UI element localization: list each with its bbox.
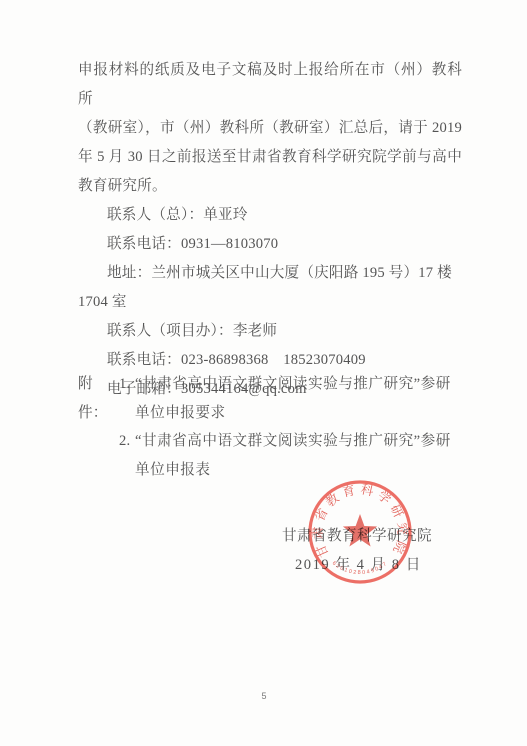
attachment-item: 1. “甘肃省高中语文群文阅读实验与推广研究”参研 单位申报要求 <box>119 370 451 427</box>
page-number: 5 <box>254 691 274 701</box>
attachment-item-line: 单位申报要求 <box>135 399 451 428</box>
attachment-item-number: 1. <box>119 370 135 399</box>
body-line: 教育研究所。 <box>78 172 462 201</box>
contact-line: 联系电话：0931—8103070 <box>78 230 462 259</box>
star-icon <box>343 514 377 547</box>
body-line: 年 5 月 30 日之前报送至甘肃省教育科学研究院学前与高中 <box>78 143 462 172</box>
attachment-label: 附件： <box>78 370 119 427</box>
body-line: （教研室），市（州）教科所（教研室）汇总后，请于 2019 <box>78 114 462 143</box>
contact-line: 联系人（总）：单亚玲 <box>78 201 462 230</box>
attachment-item-line: “甘肃省高中语文群文阅读实验与推广研究”参研 <box>135 370 451 399</box>
attachment-item-text: “甘肃省高中语文群文阅读实验与推广研究”参研 单位申报要求 <box>135 370 451 427</box>
letter-body: 申报材料的纸质及电子文稿及时上报给所在市（州）教科所 （教研室），市（州）教科所… <box>78 56 462 404</box>
attachment-item-number: 2. <box>119 427 135 456</box>
contact-line: 联系人（项目办）：李老师 <box>78 317 462 346</box>
document-page: 申报材料的纸质及电子文稿及时上报给所在市（州）教科所 （教研室），市（州）教科所… <box>0 0 527 746</box>
attachment-item-line: “甘肃省高中语文群文阅读实验与推广研究”参研 <box>135 427 451 456</box>
body-line: 申报材料的纸质及电子文稿及时上报给所在市（州）教科所 <box>78 56 462 114</box>
contact-line: 1704 室 <box>78 288 462 317</box>
official-seal-stamp: 甘肃省教育科学研究院 6201028049047 <box>290 462 430 602</box>
svg-text:6201028049047: 6201028049047 <box>331 560 389 576</box>
stamp-serial-number: 6201028049047 <box>331 560 389 576</box>
contact-line: 地址：兰州市城关区中山大厦（庆阳路 195 号）17 楼 <box>78 259 462 288</box>
